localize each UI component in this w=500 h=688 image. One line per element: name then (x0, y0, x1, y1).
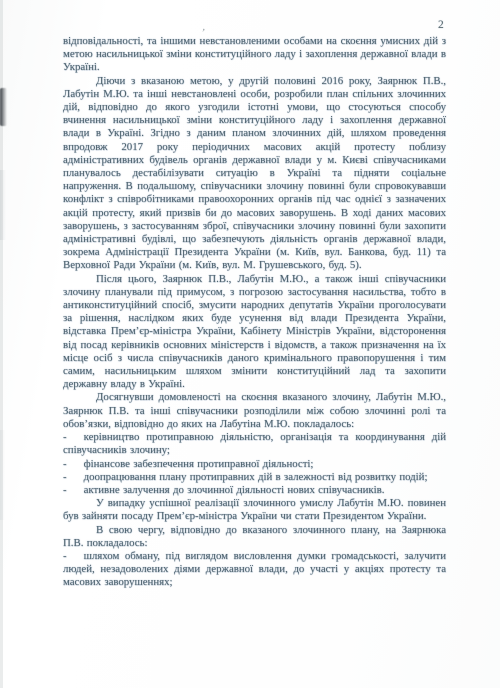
bullet-item-3: -доопрацювання плану протиправних дій в … (63, 471, 446, 484)
paragraph-1: відповідальності, та іншими невстановлен… (63, 35, 446, 75)
page-number: 2 (438, 19, 458, 31)
bullet-text: доопрацювання плану протиправних дій в з… (84, 471, 428, 483)
scan-smudge (0, 430, 5, 520)
bullet-text: фінансове забезпечення протиправної діял… (84, 458, 314, 470)
paragraph-6: В свою чергу, відповідно до вказаного зл… (63, 524, 446, 550)
bullet-dash: - (63, 550, 67, 562)
scan-smudge (0, 170, 6, 240)
paragraph-5: У випадку успішної реалізації злочинного… (63, 497, 446, 523)
scan-speck: , (202, 21, 207, 33)
bullet-text: активне залучення до злочинної діяльност… (84, 484, 385, 496)
bullet-dash: - (63, 431, 67, 443)
scanned-page: , 2 відповідальності, та іншими невстано… (0, 0, 500, 688)
bullet-dash: - (63, 458, 67, 470)
paragraph-3: Після цього, Заярнюк П.В., Лабутін М.Ю.,… (63, 273, 446, 392)
bullet-item-1: -керівництво протиправною діяльністю, ор… (63, 431, 446, 457)
document-body: відповідальності, та іншими невстановлен… (63, 35, 446, 590)
bullet-dash: - (63, 471, 67, 483)
bullet-item-5: -шляхом обману, під виглядом висловлення… (63, 550, 446, 590)
bullet-dash: - (63, 484, 67, 496)
bullet-text: шляхом обману, під виглядом висловлення … (63, 550, 446, 588)
bullet-item-4: -активне залучення до злочинної діяльнос… (63, 484, 446, 497)
paragraph-2: Діючи з вказаною метою, у другій половин… (63, 75, 446, 273)
paragraph-4: Досягнувши домовленості на скоєння вказа… (63, 391, 446, 431)
scan-edge-artifact (0, 88, 7, 126)
bullet-item-2: -фінансове забезпечення протиправної дія… (63, 458, 446, 471)
bullet-text: керівництво протиправною діяльністю, орг… (63, 431, 446, 456)
